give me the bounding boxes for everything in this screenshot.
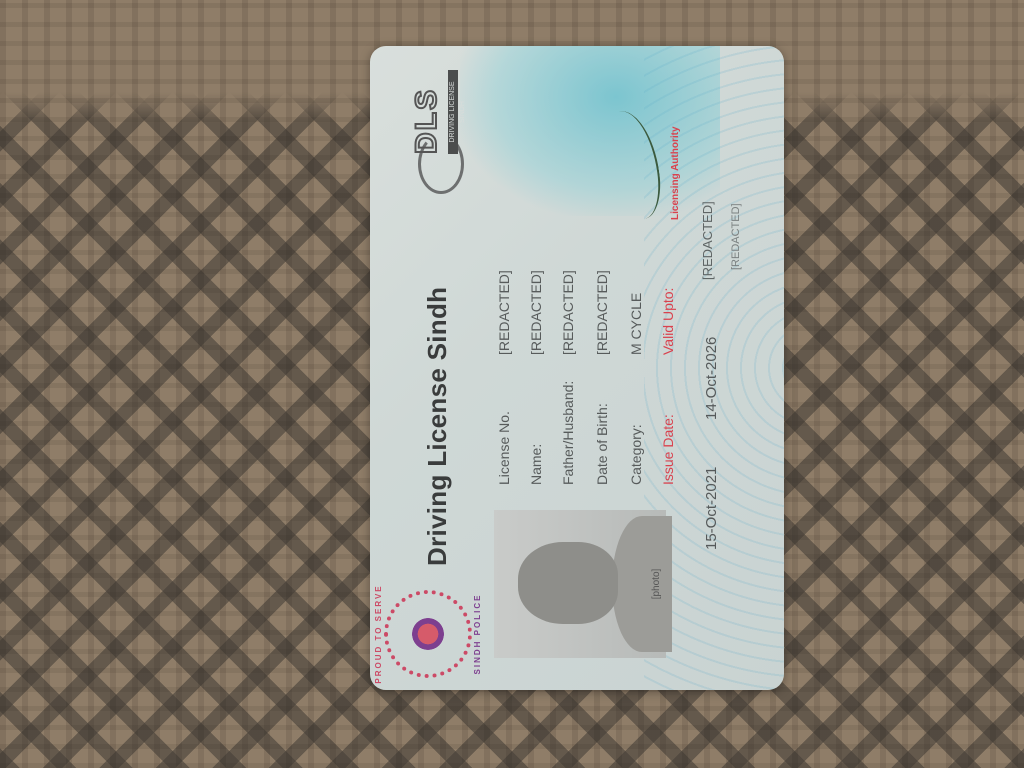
photo-placeholder-label: [photo]	[651, 510, 662, 658]
field-label: Date of Birth:	[594, 403, 610, 485]
emblem-org: SINDH POLICE	[473, 584, 482, 684]
card-title: Driving License Sindh	[422, 287, 453, 566]
valid-upto-label: Valid Upto:	[660, 288, 676, 355]
field-label: Father/Husband:	[560, 381, 576, 485]
issue-date-label: Issue Date:	[660, 414, 676, 485]
field-value: [REDACTED]	[594, 270, 610, 355]
field-label: Category:	[628, 424, 644, 485]
field-value: M CYCLE	[628, 293, 644, 355]
field-label: Name:	[528, 444, 544, 485]
licensing-authority-label: Licensing Authority	[670, 126, 681, 220]
card-content: PROUD TO SERVE SINDH POLICE Driving Lice…	[370, 46, 784, 690]
holder-photo: [photo]	[494, 510, 666, 658]
field-value: [REDACTED]	[496, 270, 512, 355]
police-emblem-icon: PROUD TO SERVE SINDH POLICE	[378, 584, 478, 684]
logo-text: DLS	[410, 88, 444, 154]
driving-license-card: PROUD TO SERVE SINDH POLICE Driving Lice…	[370, 46, 784, 690]
dls-logo: DLS DRIVING LICENSE SINDH	[404, 64, 466, 194]
officer-name: [REDACTED]	[700, 201, 715, 280]
signature-mark	[599, 107, 666, 223]
field-value: [REDACTED]	[560, 270, 576, 355]
officer-office: [REDACTED]	[730, 203, 742, 270]
emblem-motto: PROUD TO SERVE	[374, 584, 383, 684]
valid-upto-date: 14-Oct-2026	[703, 337, 720, 420]
issue-date: 15-Oct-2021	[703, 467, 720, 550]
field-label: License No.	[496, 411, 512, 485]
logo-tagline: DRIVING LICENSE SINDH	[448, 70, 458, 154]
field-value: [REDACTED]	[528, 270, 544, 355]
